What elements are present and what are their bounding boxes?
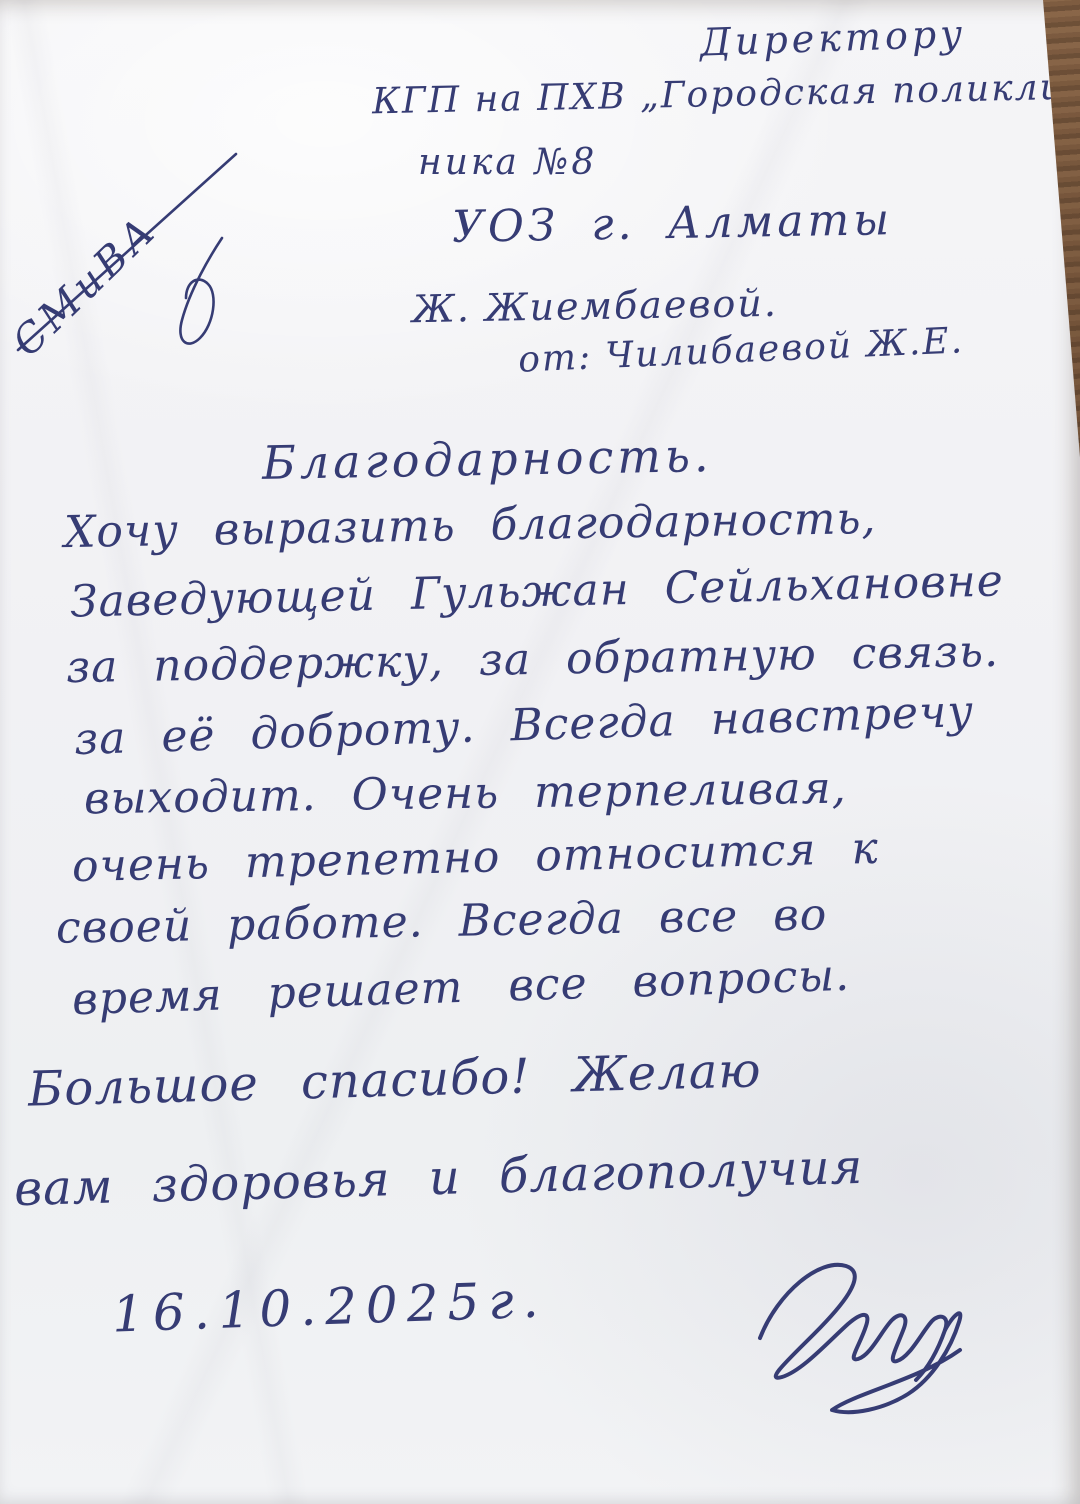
letter-date: 16.10.2025г. (111, 1270, 548, 1343)
corner-slash-and-paraph (4, 118, 260, 374)
recipient-line-addressee: Ж. Жиембаевой. (412, 281, 779, 331)
body-line: очень трепетно относится к (72, 823, 880, 892)
body-line: за поддержку, за обратную связь. (66, 626, 1000, 693)
body-line: время решает все вопросы. (71, 950, 850, 1025)
body-line: Хочу выразить благодарность, (64, 493, 877, 558)
signature-scribble (732, 1246, 1012, 1426)
body-line: вам здоровья и благополучия (13, 1139, 864, 1217)
recipient-line-city: УОЗ г. Алматы (452, 194, 894, 253)
body-line: Заведующей Гульжан Сейльхановне (70, 555, 1005, 627)
signature (732, 1246, 1012, 1426)
recipient-line-director: Директору (699, 11, 967, 64)
recipient-line-org-2: ника №8 (418, 142, 597, 183)
body-line: за её доброту. Всегда навстречу (73, 686, 974, 765)
letter-title: Благодарность. (262, 428, 713, 490)
body-line: выходит. Очень терпеливая, (84, 763, 847, 825)
recipient-line-org-1: КГП на ПХВ „Городская поликли- (372, 67, 1080, 123)
letter-paper: СМиВА Директору КГП на ПХВ „Городская по… (0, 0, 1080, 1504)
body-line: своей работе. Всегда все во (56, 889, 828, 953)
photo-background-wood-table: СМиВА Директору КГП на ПХВ „Городская по… (0, 0, 1080, 1504)
body-line: Большое спасибо! Желаю (27, 1042, 762, 1117)
recipient-line-sender: от: Чилибаевой Ж.Е. (517, 320, 964, 380)
corner-annotation: СМиВА (4, 118, 260, 374)
